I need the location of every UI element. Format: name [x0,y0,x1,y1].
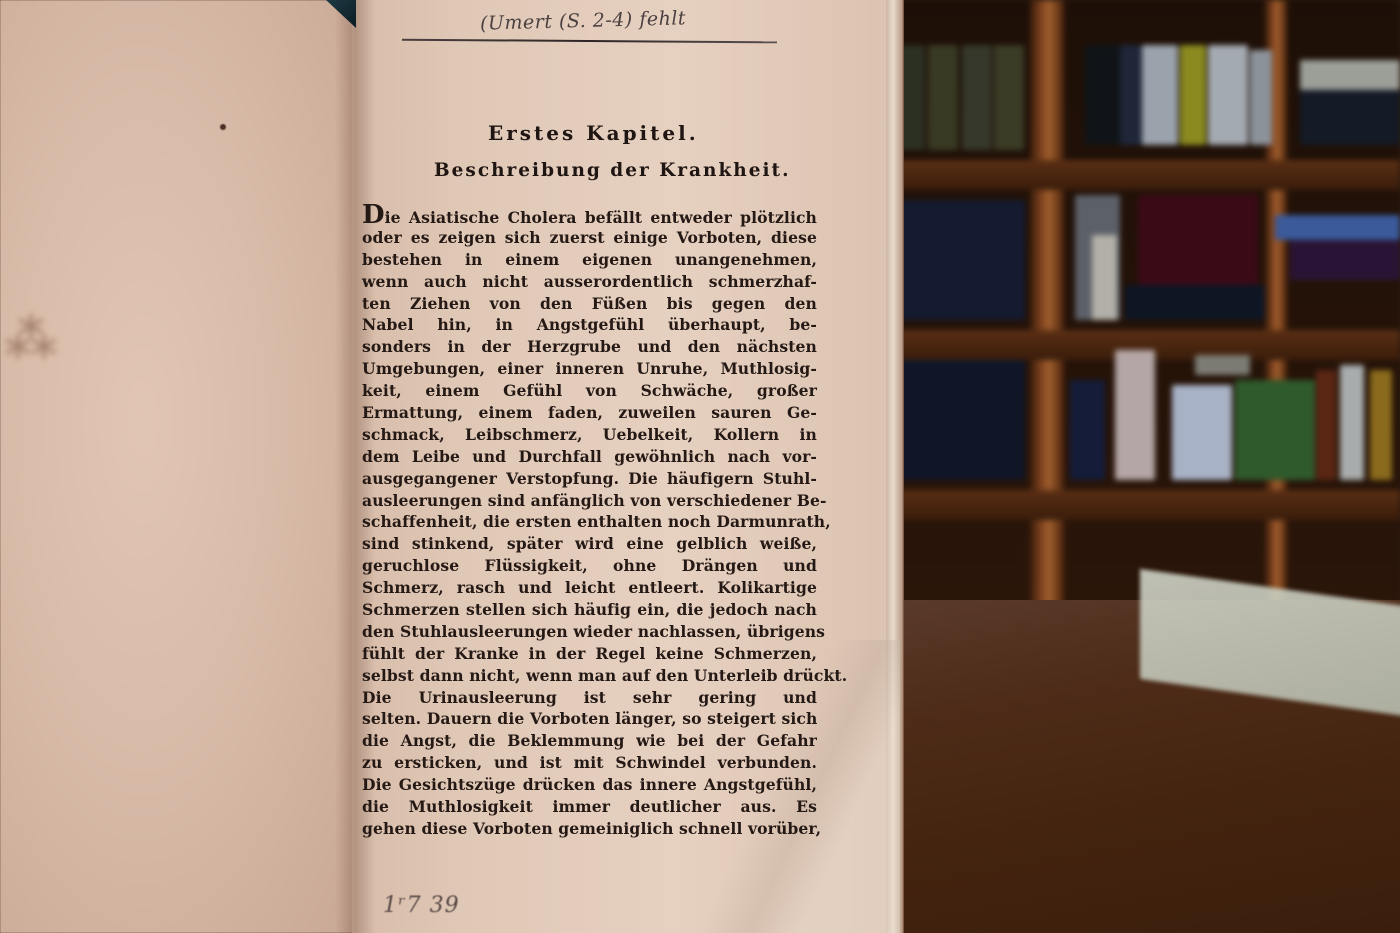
text-line: oder es zeigen sich zuerst einige Vorbot… [362,227,817,249]
book-spine [928,45,958,150]
book-spine [1370,370,1392,480]
text-line: gehen diese Vorboten gemeiniglich schnel… [362,818,817,840]
ink-bleed-mark: ⁂ [5,310,60,370]
book-spine [1195,355,1250,375]
shelf-board [880,160,1400,190]
pencil-catalog-number: 1ʳ7 39 [383,893,460,918]
text-line: selten. Dauern die Vorboten länger, so s… [362,708,817,730]
text-line: Schmerzen stellen sich häufig ein, die j… [362,599,817,621]
chapter-subtitle: Beschreibung der Krankheit. [434,160,791,181]
ink-spot [220,124,226,130]
book-spine [1125,285,1265,320]
text-line: wenn auch nicht ausserordentlich schmerz… [362,271,817,293]
book-spine [1138,195,1258,285]
left-page: ⁂ [0,0,355,933]
bookshelf-background [880,0,1400,610]
text-line: dem Leibe und Durchfall gewöhnlich nach … [362,446,817,468]
text-line: Die Asiatische Cholera befällt entweder … [362,205,817,227]
text-line: keit, einem Gefühl von Schwäche, großer [362,380,817,402]
book-spine [1275,215,1400,240]
book-spine [1235,380,1315,480]
book-spine [1300,90,1400,145]
text-line: bestehen in einem eigenen unangenehmen, [362,249,817,271]
text-line: Nabel hin, in Angstgefühl überhaupt, be- [362,314,817,336]
text-line: Die Urinausleerung ist sehr gering und [362,687,817,709]
text-line: ausleerungen sind anfänglich von verschi… [362,490,817,512]
shelf-board [880,490,1400,520]
body-text: Die Asiatische Cholera befällt entweder … [362,205,817,840]
text-line: selbst dann nicht, wenn man auf den Unte… [362,665,817,687]
text-line: zu ersticken, und ist mit Schwindel verb… [362,752,817,774]
text-line: die Muthlosigkeit immer deutlicher aus. … [362,796,817,818]
book-spine [1180,45,1206,145]
chapter-title: Erstes Kapitel. [488,121,699,145]
book-spine [1208,45,1248,145]
book-spine [1085,45,1120,145]
book-spine [994,45,1024,150]
book-spine [1172,385,1232,480]
book-spine [962,45,992,150]
text-line: Die Gesichtszüge drücken das innere Angs… [362,774,817,796]
text-line: schaffenheit, die ersten enthalten noch … [362,511,817,533]
text-line: ausgegangener Verstopfung. Die häufigern… [362,468,817,490]
text-line: Ermattung, einem faden, zuweilen sauren … [362,402,817,424]
text-line: sind stinkend, später wird eine gelblich… [362,533,817,555]
book-spine [1316,370,1336,480]
text-line: die Angst, die Beklemmung wie bei der Ge… [362,730,817,752]
text-line: fühlt der Kranke in der Regel keine Schm… [362,643,817,665]
book-spine [1115,350,1155,480]
photo-scene: ⁂ (Umert (S. 2-4) fehlt 1ʳ7 39 Erstes Ka… [0,0,1400,933]
book-spine [895,200,1025,320]
book-spine [1070,380,1105,480]
book-spine [1250,50,1272,145]
book-spine [1340,365,1364,480]
book-spine [1290,240,1400,280]
book-spine [1300,60,1400,90]
text-line: schmack, Leibschmerz, Uebelkeit, Kollern… [362,424,817,446]
book-spine [1092,235,1117,320]
text-line: Umgebungen, einer inneren Unruhe, Muthlo… [362,358,817,380]
book-spine [900,360,1025,480]
book-spine [1142,45,1178,145]
text-line: Schmerz, rasch und leicht entleert. Koli… [362,577,817,599]
text-line: sonders in der Herzgrube und den nächste… [362,336,817,358]
text-line: ten Ziehen von den Füßen bis gegen den [362,293,817,315]
text-line: geruchlose Flüssigkeit, ohne Drängen und [362,555,817,577]
text-line: den Stuhlausleerungen wieder nachlassen,… [362,621,817,643]
book-spine [1120,45,1142,145]
